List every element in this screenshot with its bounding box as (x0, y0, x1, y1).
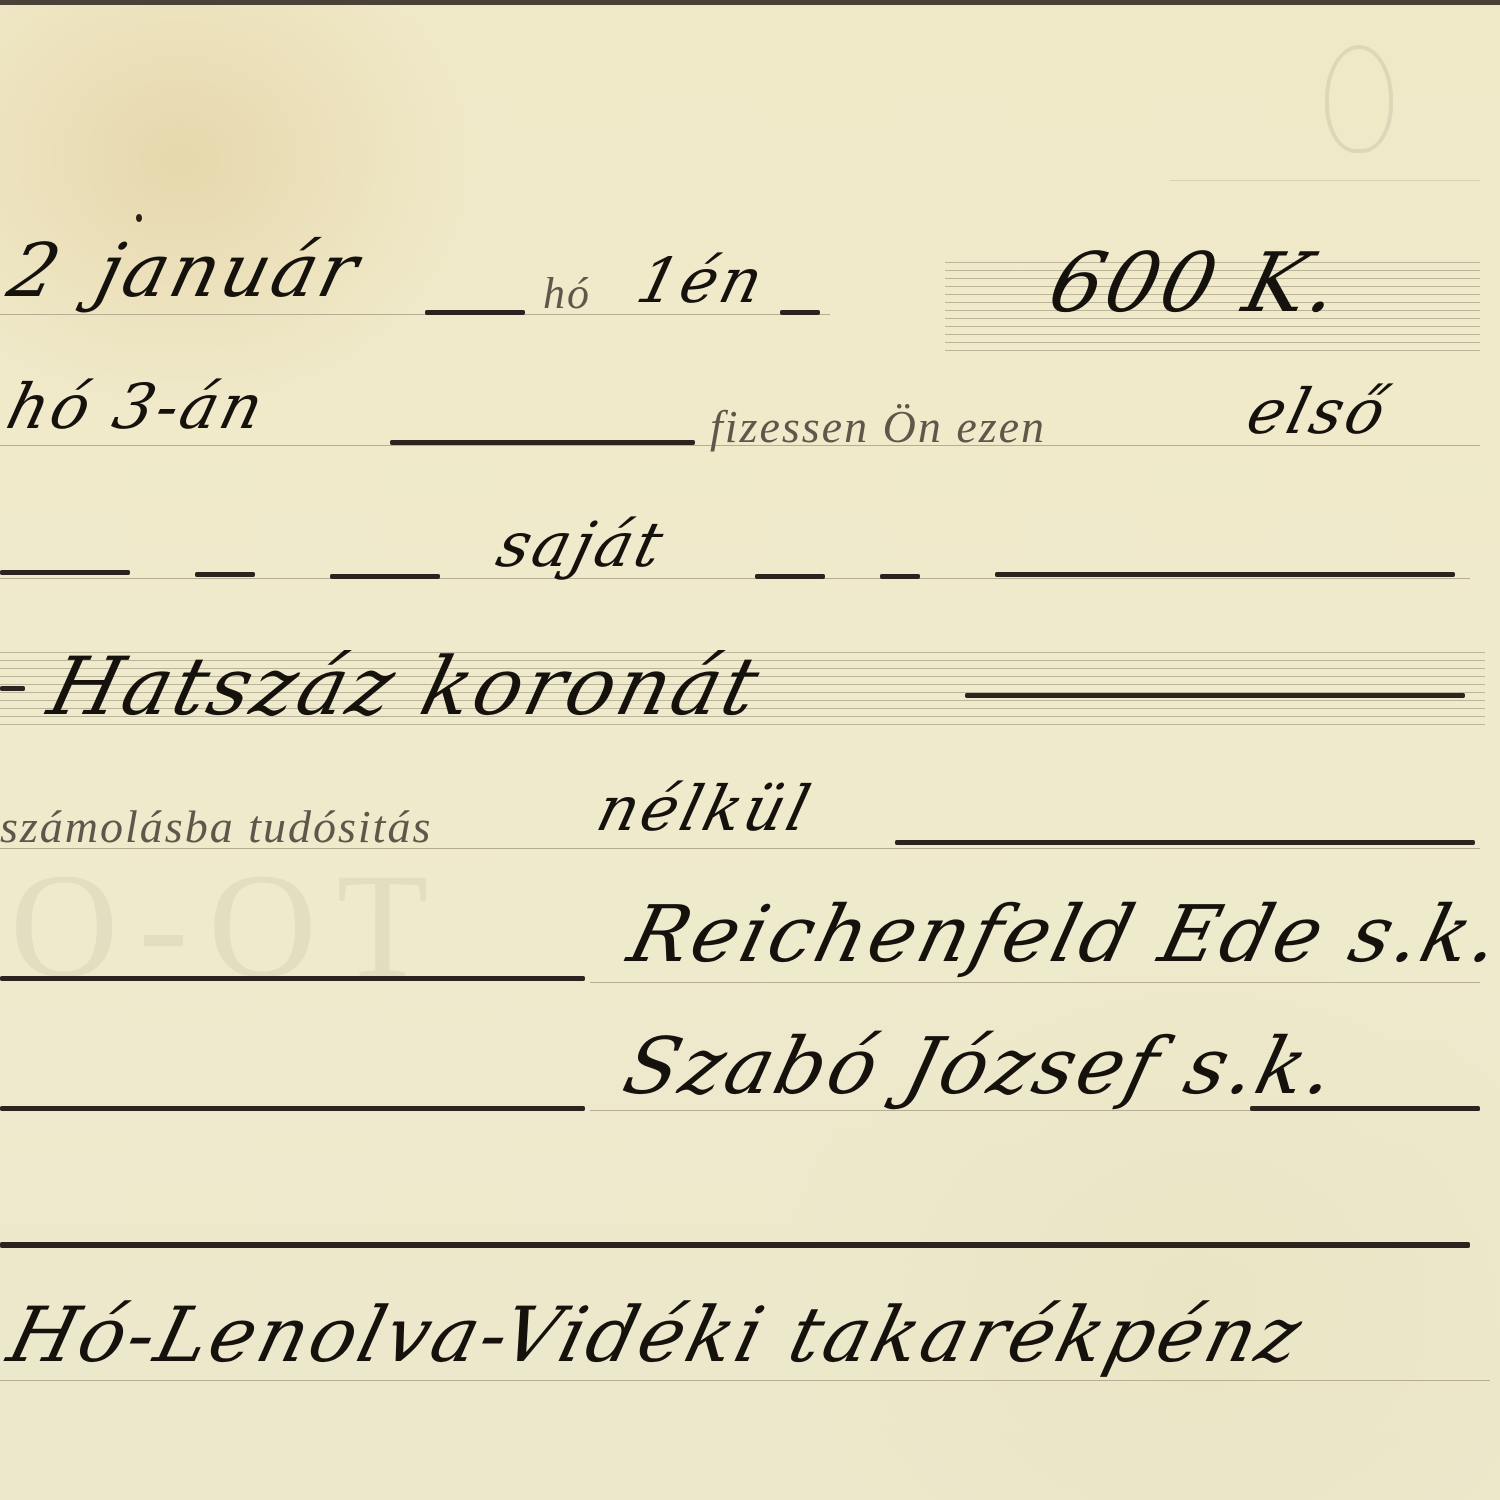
watermark: O-OT (10, 840, 448, 1012)
payee-filler-dash (880, 574, 920, 579)
payee-filler-line (995, 572, 1455, 577)
date-filler-dash (425, 310, 525, 315)
signature-2-right-line (1250, 1106, 1480, 1111)
payee-name: saját (490, 508, 673, 581)
date-year-suffix: 2 (0, 228, 72, 314)
date-filler-dash (780, 310, 820, 315)
notice-handwritten-without: nélkül (590, 772, 820, 845)
signature-1: Reichenfeld Ede s.k. (620, 890, 1500, 980)
faint-rule (1170, 180, 1480, 181)
due-handwritten-first: első (1240, 375, 1396, 448)
printed-fizessen-label: fizessen Ön ezen (710, 400, 1046, 453)
printed-ho-label: hó (543, 268, 591, 319)
amount-words-filler-line (965, 693, 1465, 698)
drawee-top-line (0, 1242, 1470, 1248)
due-month-ho: hó 3-án (0, 370, 273, 443)
payee-filler-dash (0, 570, 130, 575)
date-month: január (88, 228, 369, 314)
amount-words-dash (0, 686, 25, 691)
payee-baseline (0, 578, 1470, 579)
payee-filler-dash (755, 574, 825, 579)
notice-filler-line (895, 840, 1475, 845)
payee-filler-dash (195, 572, 255, 577)
signature-1-left-line (0, 976, 585, 981)
signature-2: Szabó József s.k. (615, 1022, 1347, 1112)
signature-2-left-line (0, 1106, 585, 1111)
amount-in-words: Hatszáz koronát (40, 640, 771, 733)
top-border (0, 0, 1500, 5)
amount-figure: 600 K. (1040, 236, 1352, 331)
ink-dot (136, 214, 142, 222)
payee-filler-dash (330, 574, 440, 579)
drawee-bank-name: Hó-Lenolva-Vidéki takarékpénz (0, 1290, 1313, 1379)
printed-notice-label: számolásba tudósitás (0, 800, 432, 853)
faint-stamp-mark (1325, 45, 1393, 153)
drawee-baseline (0, 1380, 1490, 1381)
signature-1-baseline (590, 982, 1480, 983)
date-day: 1én (630, 244, 773, 317)
due-filler-line (390, 440, 695, 445)
